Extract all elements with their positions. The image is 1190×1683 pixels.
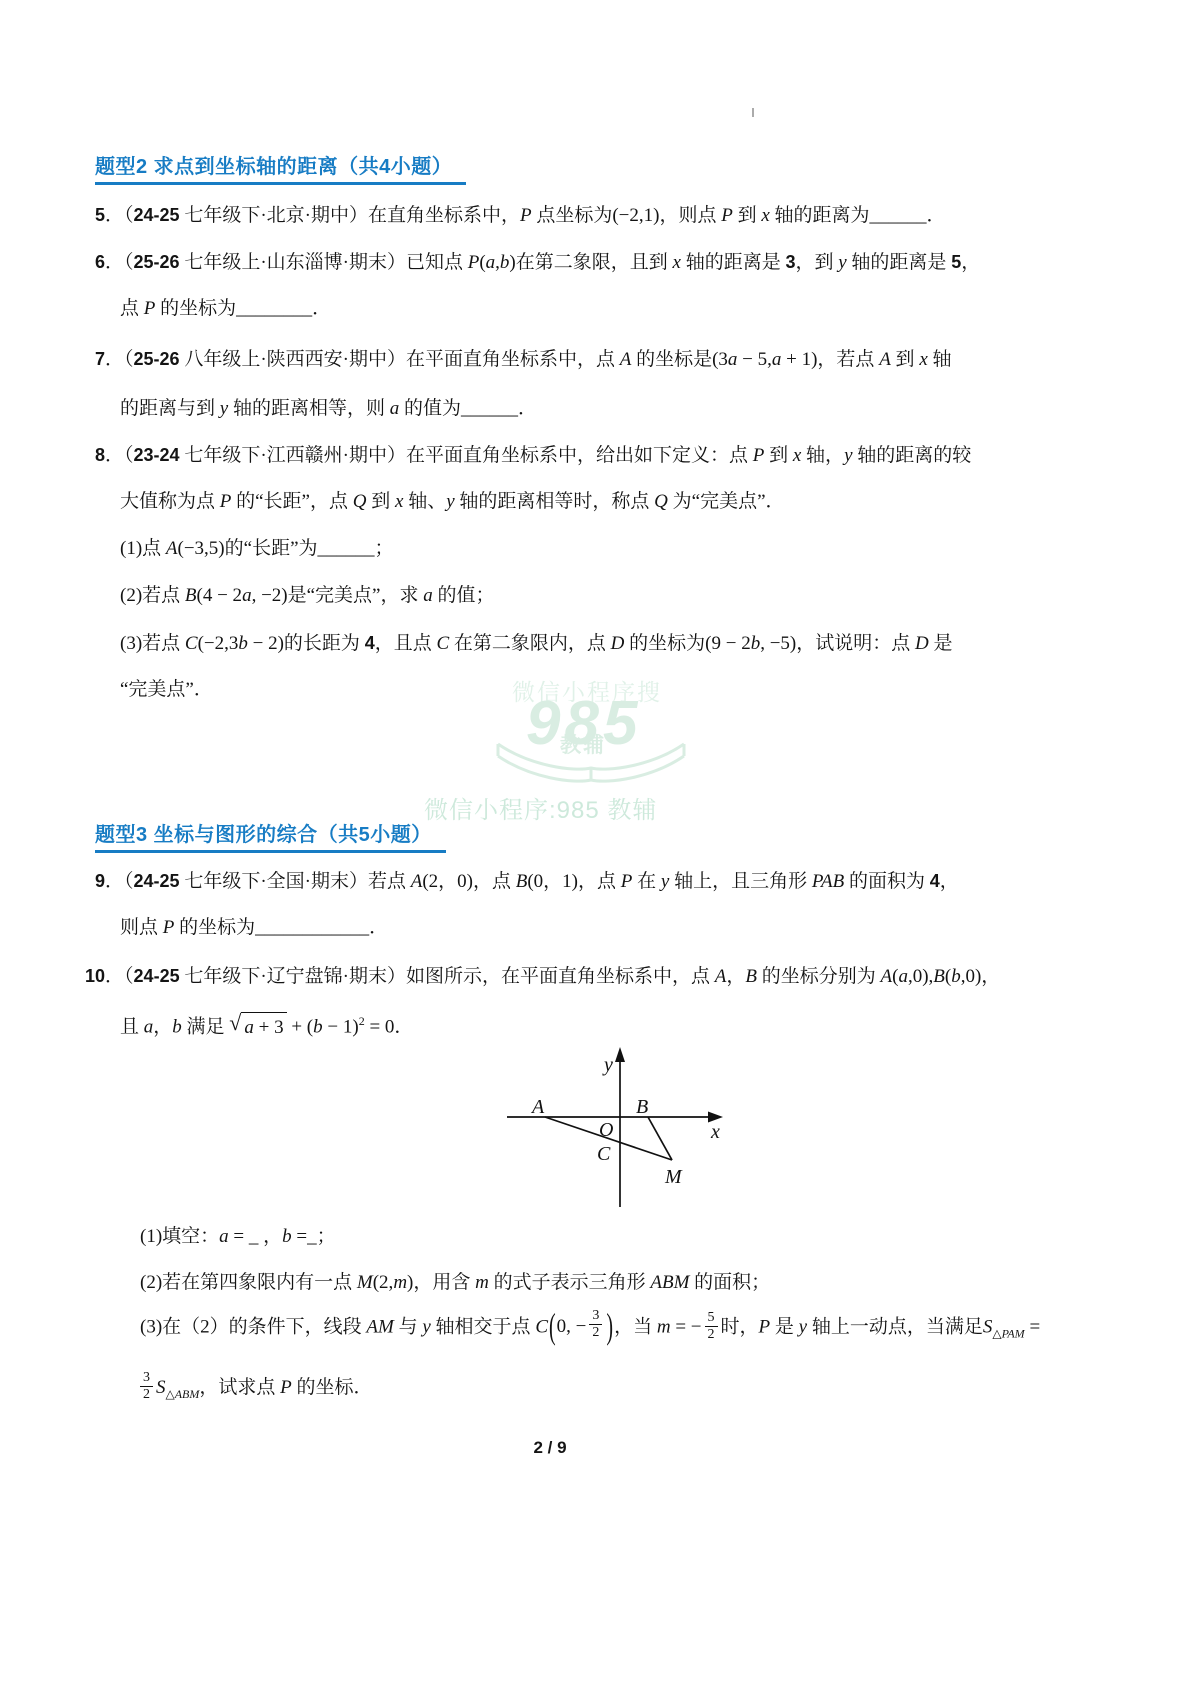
figure-label-x: x bbox=[710, 1121, 720, 1143]
text-segment: 轴的距离是 bbox=[681, 252, 786, 273]
problem-8-sub-1: (1)点 A(−3,5)的“长距”为______； bbox=[120, 534, 394, 564]
text-segment: ，当 bbox=[614, 1317, 657, 1338]
text-segment: S bbox=[983, 1317, 993, 1338]
text-segment: C bbox=[436, 633, 449, 654]
text-segment: = 0． bbox=[365, 1016, 414, 1037]
text-segment: )在第二象限，且到 bbox=[509, 252, 672, 273]
problem-8-sub-3: (3)若点 C(−2,3b − 2)的长距为 4，且点 C 在第二象限内，点 D… bbox=[120, 628, 953, 659]
text-segment: (−3,5)的“长距”为 bbox=[178, 538, 318, 559]
text-segment: (2，0)，点 bbox=[422, 871, 515, 892]
text-segment: 七年级下·辽宁盘锦·期末）如图所示，在平面直角坐标系中，点 bbox=[180, 966, 715, 987]
text-segment: AM bbox=[366, 1317, 393, 1338]
text-segment: 时， bbox=[721, 1317, 759, 1338]
text-segment: M bbox=[357, 1272, 373, 1293]
problem-8-sub-2: (2)若点 B(4 − 2a, −2)是“完美点”，求 a 的值； bbox=[120, 581, 495, 611]
text-segment: 的坐标为(9 − 2 bbox=[624, 633, 750, 654]
text-segment: 轴上，且三角形 bbox=[669, 871, 812, 892]
text-segment: 轴的距离的较 bbox=[853, 445, 972, 466]
text-segment: 32 bbox=[140, 1370, 153, 1403]
text-segment: A bbox=[715, 966, 727, 987]
text-segment: 七年级下·全国·期末）若点 bbox=[180, 871, 411, 892]
text-segment: S bbox=[156, 1377, 166, 1398]
text-segment: 大值称为点 bbox=[120, 491, 220, 512]
text-segment: 轴 bbox=[928, 349, 952, 370]
text-segment: ______ bbox=[461, 398, 518, 419]
text-segment: 到 bbox=[733, 205, 762, 226]
text-segment: b bbox=[751, 633, 761, 654]
text-segment: 的值为 bbox=[399, 398, 461, 419]
text-segment: 的坐标为 bbox=[174, 917, 255, 938]
text-segment: 八年级上·陕西西安·期中）在平面直角坐标系中，点 bbox=[180, 349, 620, 370]
text-segment: (1)填空： bbox=[140, 1226, 219, 1247]
figure-label-B: B bbox=[636, 1096, 648, 1118]
problem-8-line-1: 8．（23-24 七年级下·江西赣州·期中）在平面直角坐标系中，给出如下定义：点… bbox=[95, 440, 971, 471]
text-segment: 轴的距离相等时，称点 bbox=[455, 491, 655, 512]
problem-8-line-2: 大值称为点 P 的“长距”，点 Q 到 x 轴、y 轴的距离相等时，称点 Q 为… bbox=[120, 487, 785, 517]
text-segment: √a + 3 bbox=[229, 1012, 286, 1043]
text-segment: ______ bbox=[318, 538, 375, 559]
page-number: 2 / 9 bbox=[480, 1438, 620, 1458]
text-segment: D bbox=[611, 633, 625, 654]
text-segment: ________ bbox=[236, 298, 312, 319]
text-segment: ． bbox=[369, 917, 388, 938]
text-segment: 7 bbox=[95, 349, 105, 369]
text-segment: (0，1)，点 bbox=[527, 871, 620, 892]
text-segment: x bbox=[919, 349, 927, 370]
text-segment: b bbox=[500, 252, 510, 273]
text-segment: x bbox=[673, 252, 681, 273]
text-segment: a bbox=[898, 966, 908, 987]
text-segment: ．（ bbox=[105, 349, 134, 370]
text-segment: + 1)，若点 bbox=[781, 349, 879, 370]
text-segment: − 2)的长距为 bbox=[248, 633, 365, 654]
text-segment: m bbox=[657, 1317, 671, 1338]
text-segment: a bbox=[486, 252, 496, 273]
text-segment: ．（ bbox=[105, 205, 134, 226]
text-segment: 点 bbox=[120, 298, 144, 319]
text-segment: A bbox=[166, 538, 178, 559]
text-segment: (1)点 bbox=[120, 538, 166, 559]
coordinate-figure: y x A B O C M bbox=[480, 1045, 740, 1215]
text-segment: 24-25 bbox=[134, 966, 180, 986]
text-segment: b bbox=[172, 1016, 182, 1037]
text-segment: 的值； bbox=[433, 585, 495, 606]
text-segment: 七年级上·山东淄博·期末）已知点 bbox=[180, 252, 468, 273]
text-segment: ______ bbox=[870, 205, 927, 226]
text-segment: 的坐标分别为 bbox=[757, 966, 881, 987]
problem-10-sub-1: (1)填空：a = _ ，b =_； bbox=[140, 1222, 336, 1252]
text-segment: ．（ bbox=[105, 252, 134, 273]
text-segment: P bbox=[621, 871, 633, 892]
text-segment: P bbox=[520, 205, 532, 226]
text-segment: b bbox=[238, 633, 248, 654]
text-segment: B bbox=[516, 871, 528, 892]
y-axis-arrow bbox=[615, 1047, 625, 1062]
watermark-book-icon bbox=[492, 740, 690, 790]
problem-7-line-2: 的距离与到 y 轴的距离相等，则 a 的值为______． bbox=[120, 394, 537, 424]
text-segment: ， bbox=[961, 252, 980, 273]
text-segment: 则点 bbox=[120, 917, 163, 938]
text-segment: x bbox=[761, 205, 769, 226]
text-segment: 到 bbox=[764, 445, 793, 466]
text-segment: P bbox=[220, 491, 232, 512]
text-segment: 七年级下·北京·期中）在直角坐标系中， bbox=[180, 205, 520, 226]
text-segment: 与 bbox=[394, 1317, 423, 1338]
text-segment: 轴的距离为 bbox=[770, 205, 870, 226]
text-segment: (4 − 2 bbox=[197, 585, 243, 606]
text-segment: a bbox=[244, 1017, 254, 1038]
text-segment: 七年级下·江西赣州·期中）在平面直角坐标系中，给出如下定义：点 bbox=[180, 445, 753, 466]
problem-10-line-1: 10．（24-25 七年级下·辽宁盘锦·期末）如图所示，在平面直角坐标系中，点 … bbox=[85, 961, 1000, 992]
text-segment: 10 bbox=[85, 966, 105, 986]
problem-6-line-2: 点 P 的坐标为________． bbox=[120, 294, 331, 324]
text-segment: ,0)， bbox=[961, 966, 1001, 987]
text-segment: ； bbox=[317, 1226, 336, 1247]
text-segment: b bbox=[313, 1016, 323, 1037]
text-segment: P bbox=[721, 205, 733, 226]
text-segment: 为“完美点”． bbox=[668, 491, 785, 512]
text-segment: 的坐标． bbox=[292, 1377, 373, 1398]
text-segment: b bbox=[282, 1226, 292, 1247]
text-segment: 25-26 bbox=[134, 349, 180, 369]
text-segment: a bbox=[242, 585, 252, 606]
text-segment: = bbox=[229, 1226, 249, 1247]
text-segment: (2)若在第四象限内有一点 bbox=[140, 1272, 357, 1293]
text-segment: 轴的距离相等，则 bbox=[228, 398, 390, 419]
text-segment: A bbox=[879, 349, 891, 370]
text-segment: 轴上一动点，当满足 bbox=[807, 1317, 983, 1338]
text-segment: 在 bbox=[632, 871, 661, 892]
text-segment: 4 bbox=[930, 871, 940, 891]
text-segment: ，且点 bbox=[375, 633, 437, 654]
problem-10-sub-3: (3)在（2）的条件下，线段 AM 与 y 轴相交于点 C(0, −32)，当 … bbox=[140, 1310, 1040, 1348]
text-segment: P bbox=[753, 445, 765, 466]
text-segment: A bbox=[411, 871, 423, 892]
text-segment: ， bbox=[726, 966, 745, 987]
text-segment: 满足 bbox=[182, 1016, 230, 1037]
text-segment: ABM bbox=[650, 1272, 689, 1293]
text-segment: 轴， bbox=[801, 445, 844, 466]
text-segment: ． bbox=[927, 205, 946, 226]
text-segment: ，试求点 bbox=[199, 1377, 280, 1398]
text-segment: P bbox=[144, 298, 156, 319]
text-segment: 到 bbox=[366, 491, 395, 512]
figure-label-O: O bbox=[599, 1119, 613, 1141]
text-segment: (0, −32) bbox=[548, 1310, 614, 1343]
text-segment: (−2,3 bbox=[198, 633, 239, 654]
text-segment: 4 bbox=[365, 633, 375, 653]
text-segment: P bbox=[280, 1377, 292, 1398]
text-segment: 是 bbox=[929, 633, 953, 654]
text-segment: 5 bbox=[95, 205, 105, 225]
text-segment: _ bbox=[249, 1226, 259, 1247]
text-segment: a bbox=[728, 349, 738, 370]
text-segment: m bbox=[475, 1272, 489, 1293]
text-segment: ,0), bbox=[908, 966, 933, 987]
text-segment: a bbox=[772, 349, 782, 370]
text-segment: Q bbox=[353, 491, 367, 512]
text-segment: D bbox=[915, 633, 929, 654]
text-segment: 且 bbox=[120, 1016, 144, 1037]
text-segment: y bbox=[422, 1317, 430, 1338]
text-segment: ， bbox=[258, 1226, 282, 1247]
text-segment: (3)若点 bbox=[120, 633, 185, 654]
text-segment: 24-25 bbox=[134, 871, 180, 891]
text-segment: 轴相交于点 bbox=[431, 1317, 536, 1338]
section-heading-type2: 题型2 求点到坐标轴的距离（共4小题） bbox=[95, 150, 466, 185]
text-segment: 点坐标为(−2,1)，则点 bbox=[532, 205, 722, 226]
problem-10-sub-2: (2)若在第四象限内有一点 M(2,m)，用含 m 的式子表示三角形 ABM 的… bbox=[140, 1268, 770, 1298]
text-segment: _ bbox=[307, 1226, 317, 1247]
text-segment: a bbox=[219, 1226, 229, 1247]
stray-mark bbox=[752, 108, 754, 117]
text-segment: 是 bbox=[770, 1317, 799, 1338]
text-segment: B bbox=[745, 966, 757, 987]
text-segment: △ABM bbox=[166, 1387, 200, 1401]
text-segment: 的式子表示三角形 bbox=[489, 1272, 651, 1293]
problem-10-line-2: 且 a，b 满足 √a + 3 + (b − 1)2 = 0． bbox=[120, 1006, 413, 1043]
text-segment: B bbox=[933, 966, 945, 987]
text-segment: 在第二象限内，点 bbox=[449, 633, 611, 654]
text-segment: − 1) bbox=[323, 1016, 359, 1037]
text-segment: m bbox=[393, 1272, 407, 1293]
figure-label-y: y bbox=[602, 1054, 613, 1076]
text-segment: 的“长距”，点 bbox=[231, 491, 352, 512]
text-segment: + 3 bbox=[254, 1017, 284, 1038]
text-segment: 的坐标是(3 bbox=[631, 349, 728, 370]
text-segment: ，到 bbox=[795, 252, 838, 273]
text-segment: 52 bbox=[705, 1310, 718, 1343]
text-segment: 6 bbox=[95, 252, 105, 272]
text-segment: A bbox=[620, 349, 632, 370]
text-segment: 24-25 bbox=[134, 205, 180, 225]
problem-6-line-1: 6．（25-26 七年级上·山东淄博·期末）已知点 P(a,b)在第二象限，且到… bbox=[95, 247, 980, 278]
text-segment: 轴的距离是 bbox=[847, 252, 952, 273]
text-segment: 到 bbox=[891, 349, 920, 370]
text-segment: “完美点”． bbox=[120, 679, 213, 700]
figure-label-C: C bbox=[597, 1143, 611, 1165]
text-segment: , −5)，试说明：点 bbox=[760, 633, 915, 654]
text-segment: ． bbox=[312, 298, 331, 319]
text-segment: 轴、 bbox=[403, 491, 446, 512]
text-segment: 的坐标为 bbox=[155, 298, 236, 319]
text-segment: y bbox=[220, 398, 228, 419]
text-segment: , −2)是“完美点”，求 bbox=[252, 585, 424, 606]
watermark-bottom-text: 微信小程序:985 教辅 bbox=[424, 790, 657, 825]
text-segment: P bbox=[468, 252, 480, 273]
text-segment: 3 bbox=[785, 252, 795, 272]
text-segment: = bbox=[292, 1226, 307, 1247]
text-segment: y bbox=[844, 445, 852, 466]
text-segment: 9 bbox=[95, 871, 105, 891]
text-segment: ， bbox=[940, 871, 959, 892]
problem-5-line-1: 5．（24-25 七年级下·北京·期中）在直角坐标系中，P 点坐标为(−2,1)… bbox=[95, 200, 946, 231]
text-segment: A bbox=[881, 966, 893, 987]
text-segment: )，用含 bbox=[407, 1272, 475, 1293]
text-segment: (2, bbox=[373, 1272, 394, 1293]
section-heading-type3: 题型3 坐标与图形的综合（共5小题） bbox=[95, 818, 446, 853]
text-segment: 0, − bbox=[557, 1312, 587, 1342]
text-segment: b bbox=[951, 966, 961, 987]
figure-label-A: A bbox=[530, 1096, 545, 1118]
text-segment: y bbox=[799, 1317, 807, 1338]
text-segment: = bbox=[1025, 1317, 1040, 1338]
text-segment: P bbox=[163, 917, 175, 938]
text-segment: ． bbox=[518, 398, 537, 419]
problem-9-line-1: 9．（24-25 七年级下·全国·期末）若点 A(2，0)，点 B(0，1)，点… bbox=[95, 866, 959, 897]
text-segment: ．（ bbox=[105, 966, 134, 987]
text-segment: C bbox=[185, 633, 198, 654]
text-segment: ____________ bbox=[255, 917, 369, 938]
text-segment: 的面积； bbox=[689, 1272, 770, 1293]
text-segment: a bbox=[423, 585, 433, 606]
text-segment: C bbox=[535, 1317, 548, 1338]
text-segment: 25-26 bbox=[134, 252, 180, 272]
text-segment: − 5, bbox=[737, 349, 771, 370]
figure-label-M: M bbox=[664, 1166, 683, 1188]
text-segment: a bbox=[390, 398, 400, 419]
text-segment: 5 bbox=[951, 252, 961, 272]
text-segment: 32 bbox=[589, 1308, 602, 1341]
text-segment: 23-24 bbox=[134, 445, 180, 465]
text-segment: (3)在（2）的条件下，线段 bbox=[140, 1317, 366, 1338]
text-segment: = − bbox=[671, 1317, 702, 1338]
text-segment: y bbox=[838, 252, 846, 273]
text-segment: P bbox=[759, 1317, 771, 1338]
problem-9-line-2: 则点 P 的坐标为____________． bbox=[120, 913, 388, 943]
text-segment: PAB bbox=[812, 871, 844, 892]
problem-7-line-1: 7．（25-26 八年级上·陕西西安·期中）在平面直角坐标系中，点 A 的坐标是… bbox=[95, 344, 952, 375]
text-segment: ．（ bbox=[105, 871, 134, 892]
text-segment: (2)若点 bbox=[120, 585, 185, 606]
text-segment: 的面积为 bbox=[844, 871, 930, 892]
text-segment: a bbox=[144, 1016, 154, 1037]
text-segment: 8 bbox=[95, 445, 105, 465]
problem-10-sub-3b: 32S△ABM，试求点 P 的坐标． bbox=[137, 1372, 373, 1409]
text-segment: ； bbox=[375, 538, 394, 559]
text-segment: Q bbox=[654, 491, 668, 512]
worksheet-page: 题型2 求点到坐标轴的距离（共4小题） 5．（24-25 七年级下·北京·期中）… bbox=[0, 0, 1190, 1683]
text-segment: △PAM bbox=[992, 1326, 1024, 1340]
text-segment: ．（ bbox=[105, 445, 134, 466]
text-segment: B bbox=[185, 585, 197, 606]
text-segment: ， bbox=[153, 1016, 172, 1037]
text-segment: y bbox=[446, 491, 454, 512]
problem-8-sub-3b: “完美点”． bbox=[120, 675, 213, 705]
text-segment: + ( bbox=[287, 1016, 314, 1037]
text-segment: 的距离与到 bbox=[120, 398, 220, 419]
